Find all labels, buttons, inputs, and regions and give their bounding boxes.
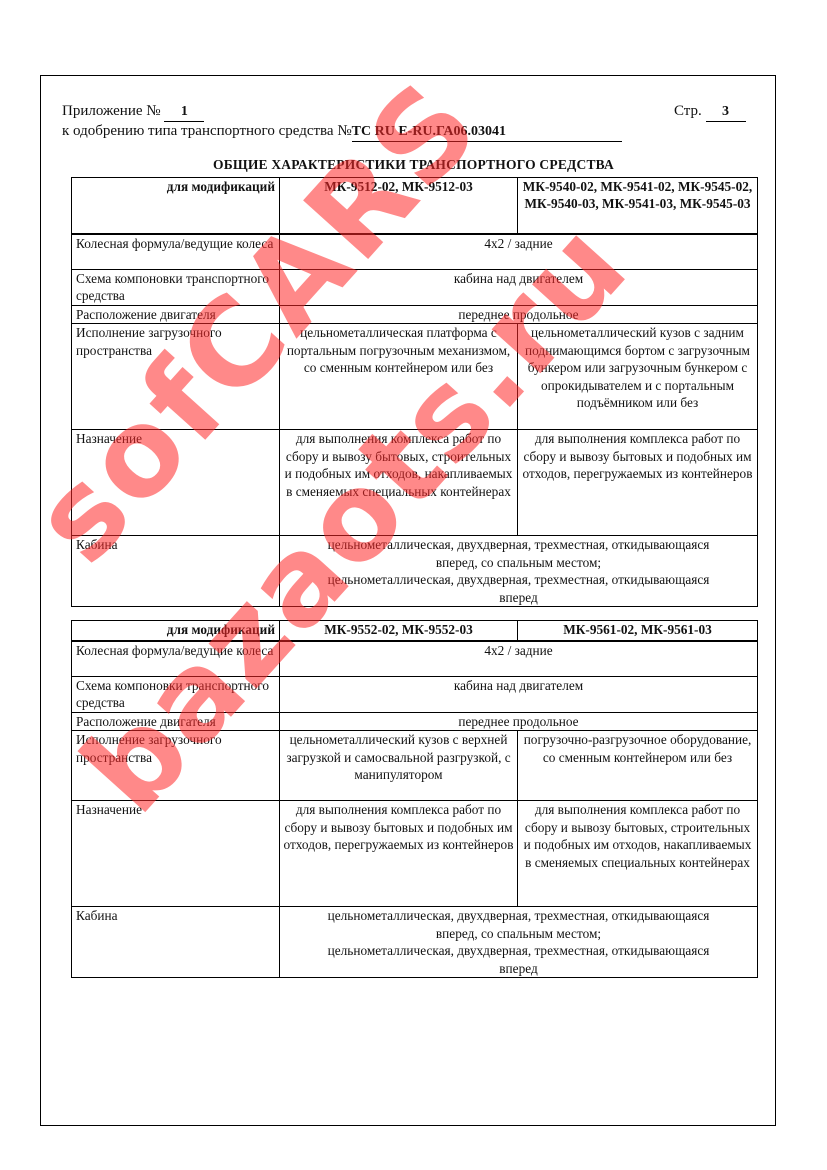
- row-label-cargo: Исполнение загрузочного пространства: [72, 731, 280, 801]
- row-value-wheel-formula: 4x2 / задние: [280, 234, 758, 270]
- row-label-purpose: Назначение: [72, 801, 280, 907]
- table-row: Колесная формула/ведущие колеса 4x2 / за…: [72, 234, 758, 270]
- cabin-option-2: цельнометаллическая, двухдверная, трехме…: [283, 571, 754, 606]
- table-row: Назначение для выполнения комплекса рабо…: [72, 801, 758, 907]
- row-label-layout: Схема компоновки транспортного средства: [72, 270, 280, 306]
- table-row: Схема компоновки транспортного средства …: [72, 270, 758, 306]
- row-value-purpose-b: для выполнения комплекса работ по сбору …: [518, 430, 758, 536]
- row-value-purpose-b: для выполнения комплекса работ по сбору …: [518, 801, 758, 907]
- page-title: ОБЩИЕ ХАРАКТЕРИСТИКИ ТРАНСПОРТНОГО СРЕДС…: [71, 157, 756, 173]
- table-header-row: для модификаций МК-9552-02, МК-9552-03 М…: [72, 621, 758, 641]
- row-value-purpose-a: для выполнения комплекса работ по сбору …: [280, 801, 518, 907]
- table-row: Исполнение загрузочного пространства цел…: [72, 324, 758, 430]
- modifications-label: для модификаций: [72, 178, 280, 234]
- table-row: Расположение двигателя переднее продольн…: [72, 306, 758, 324]
- row-value-engine: переднее продольное: [280, 713, 758, 731]
- table-row: Назначение для выполнения комплекса рабо…: [72, 430, 758, 536]
- modification-group-b: МК-9561-02, МК-9561-03: [518, 621, 758, 641]
- row-label-engine: Расположение двигателя: [72, 306, 280, 324]
- modification-group-b: МК-9540-02, МК-9541-02, МК-9545-02, МК-9…: [518, 178, 758, 234]
- cabin-option-1: цельнометаллическая, двухдверная, трехме…: [283, 907, 754, 942]
- approval-line: к одобрению типа транспортного средства …: [62, 122, 622, 142]
- cabin-option-1: цельнометаллическая, двухдверная, трехме…: [283, 536, 754, 571]
- cabin-option-2: цельнометаллическая, двухдверная, трехме…: [283, 942, 754, 977]
- row-label-cabin: Кабина: [72, 907, 280, 978]
- row-label-cabin: Кабина: [72, 536, 280, 607]
- row-value-engine: переднее продольное: [280, 306, 758, 324]
- row-value-cargo-b: цельнометаллический кузов с задним подни…: [518, 324, 758, 430]
- approval-label: к одобрению типа транспортного средства …: [62, 123, 352, 139]
- row-label-engine: Расположение двигателя: [72, 713, 280, 731]
- approval-number: ТС RU E-RU.ГА06.03041: [352, 123, 622, 142]
- modification-group-a: МК-9512-02, МК-9512-03: [280, 178, 518, 234]
- row-label-wheel-formula: Колесная формула/ведущие колеса: [72, 234, 280, 270]
- row-label-cargo: Исполнение загрузочного пространства: [72, 324, 280, 430]
- table-header-row: для модификаций МК-9512-02, МК-9512-03 М…: [72, 178, 758, 234]
- row-value-layout: кабина над двигателем: [280, 270, 758, 306]
- row-value-wheel-formula: 4x2 / задние: [280, 641, 758, 677]
- table-row: Расположение двигателя переднее продольн…: [72, 713, 758, 731]
- table-row: Кабина цельнометаллическая, двухдверная,…: [72, 536, 758, 607]
- appendix-number: 1: [164, 103, 204, 122]
- table-row: Кабина цельнометаллическая, двухдверная,…: [72, 907, 758, 978]
- page-number-line: Стр. 3: [674, 102, 746, 122]
- table-row: Колесная формула/ведущие колеса 4x2 / за…: [72, 641, 758, 677]
- spec-table-1: для модификаций МК-9512-02, МК-9512-03 М…: [71, 177, 758, 607]
- row-value-cargo-a: цельнометаллический кузов с верхней загр…: [280, 731, 518, 801]
- modifications-label: для модификаций: [72, 621, 280, 641]
- modification-group-a: МК-9552-02, МК-9552-03: [280, 621, 518, 641]
- row-value-layout: кабина над двигателем: [280, 677, 758, 713]
- page-number: 3: [706, 103, 746, 122]
- spec-table-2: для модификаций МК-9552-02, МК-9552-03 М…: [71, 620, 758, 978]
- row-label-layout: Схема компоновки транспортного средства: [72, 677, 280, 713]
- table-row: Схема компоновки транспортного средства …: [72, 677, 758, 713]
- row-label-purpose: Назначение: [72, 430, 280, 536]
- row-value-purpose-a: для выполнения комплекса работ по сбору …: [280, 430, 518, 536]
- appendix-label: Приложение №: [62, 103, 161, 119]
- row-value-cabin: цельнометаллическая, двухдверная, трехме…: [280, 536, 758, 607]
- page-label: Стр.: [674, 103, 702, 119]
- appendix-line: Приложение № 1: [62, 102, 204, 122]
- table-row: Исполнение загрузочного пространства цел…: [72, 731, 758, 801]
- row-value-cargo-a: цельнометаллическая платформа с портальн…: [280, 324, 518, 430]
- row-value-cargo-b: погрузочно-разгрузочное оборудование, со…: [518, 731, 758, 801]
- row-value-cabin: цельнометаллическая, двухдверная, трехме…: [280, 907, 758, 978]
- row-label-wheel-formula: Колесная формула/ведущие колеса: [72, 641, 280, 677]
